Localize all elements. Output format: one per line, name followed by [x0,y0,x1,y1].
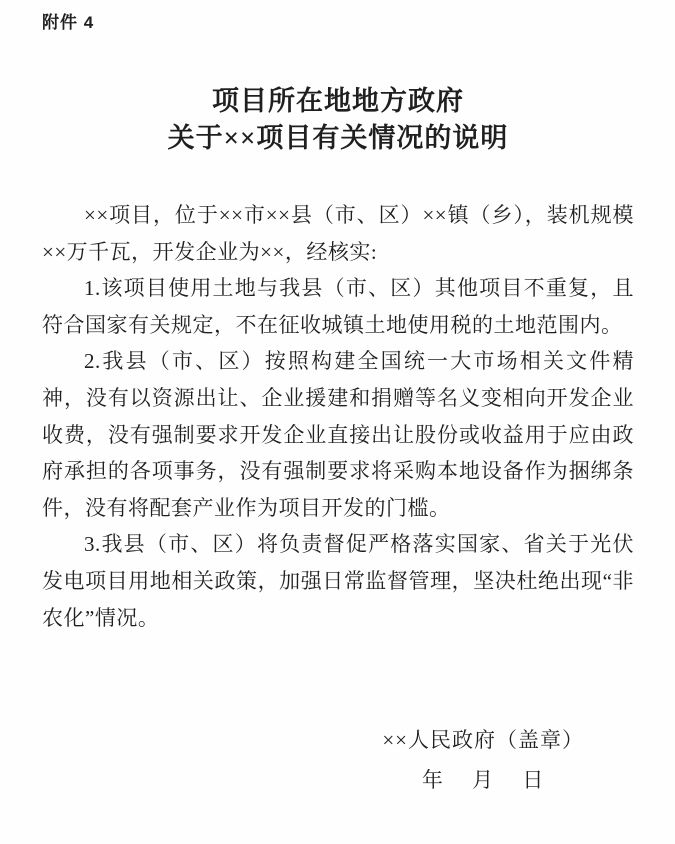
document-title: 项目所在地地方政府 关于××项目有关情况的说明 [42,83,634,157]
date-line: 年 月 日 [382,760,584,800]
attachment-label: 附件 4 [42,12,634,34]
document-page: 附件 4 项目所在地地方政府 关于××项目有关情况的说明 ××项目，位于××市×… [0,0,675,844]
title-line-1: 项目所在地地方政府 [42,83,634,120]
signature-block: ××人民政府（盖章） 年 月 日 [42,720,634,800]
paragraph-item-1: 1.该项目使用土地与我县（市、区）其他项目不重复，且符合国家有关规定，不在征收城… [42,270,634,343]
paragraph-item-3: 3.我县（市、区）将负责督促严格落实国家、省关于光伏发电项目用地相关政策，加强日… [42,526,634,636]
title-line-2: 关于××项目有关情况的说明 [42,120,634,157]
signature-inner: ××人民政府（盖章） 年 月 日 [382,720,584,800]
paragraph-item-2: 2.我县（市、区）按照构建全国统一大市场相关文件精神，没有以资源出让、企业援建和… [42,343,634,526]
document-body: ××项目，位于××市××县（市、区）××镇（乡），装机规模××万千瓦，开发企业为… [42,197,634,636]
signature-line: ××人民政府（盖章） [382,720,584,760]
paragraph-intro: ××项目，位于××市××县（市、区）××镇（乡），装机规模××万千瓦，开发企业为… [42,197,634,270]
